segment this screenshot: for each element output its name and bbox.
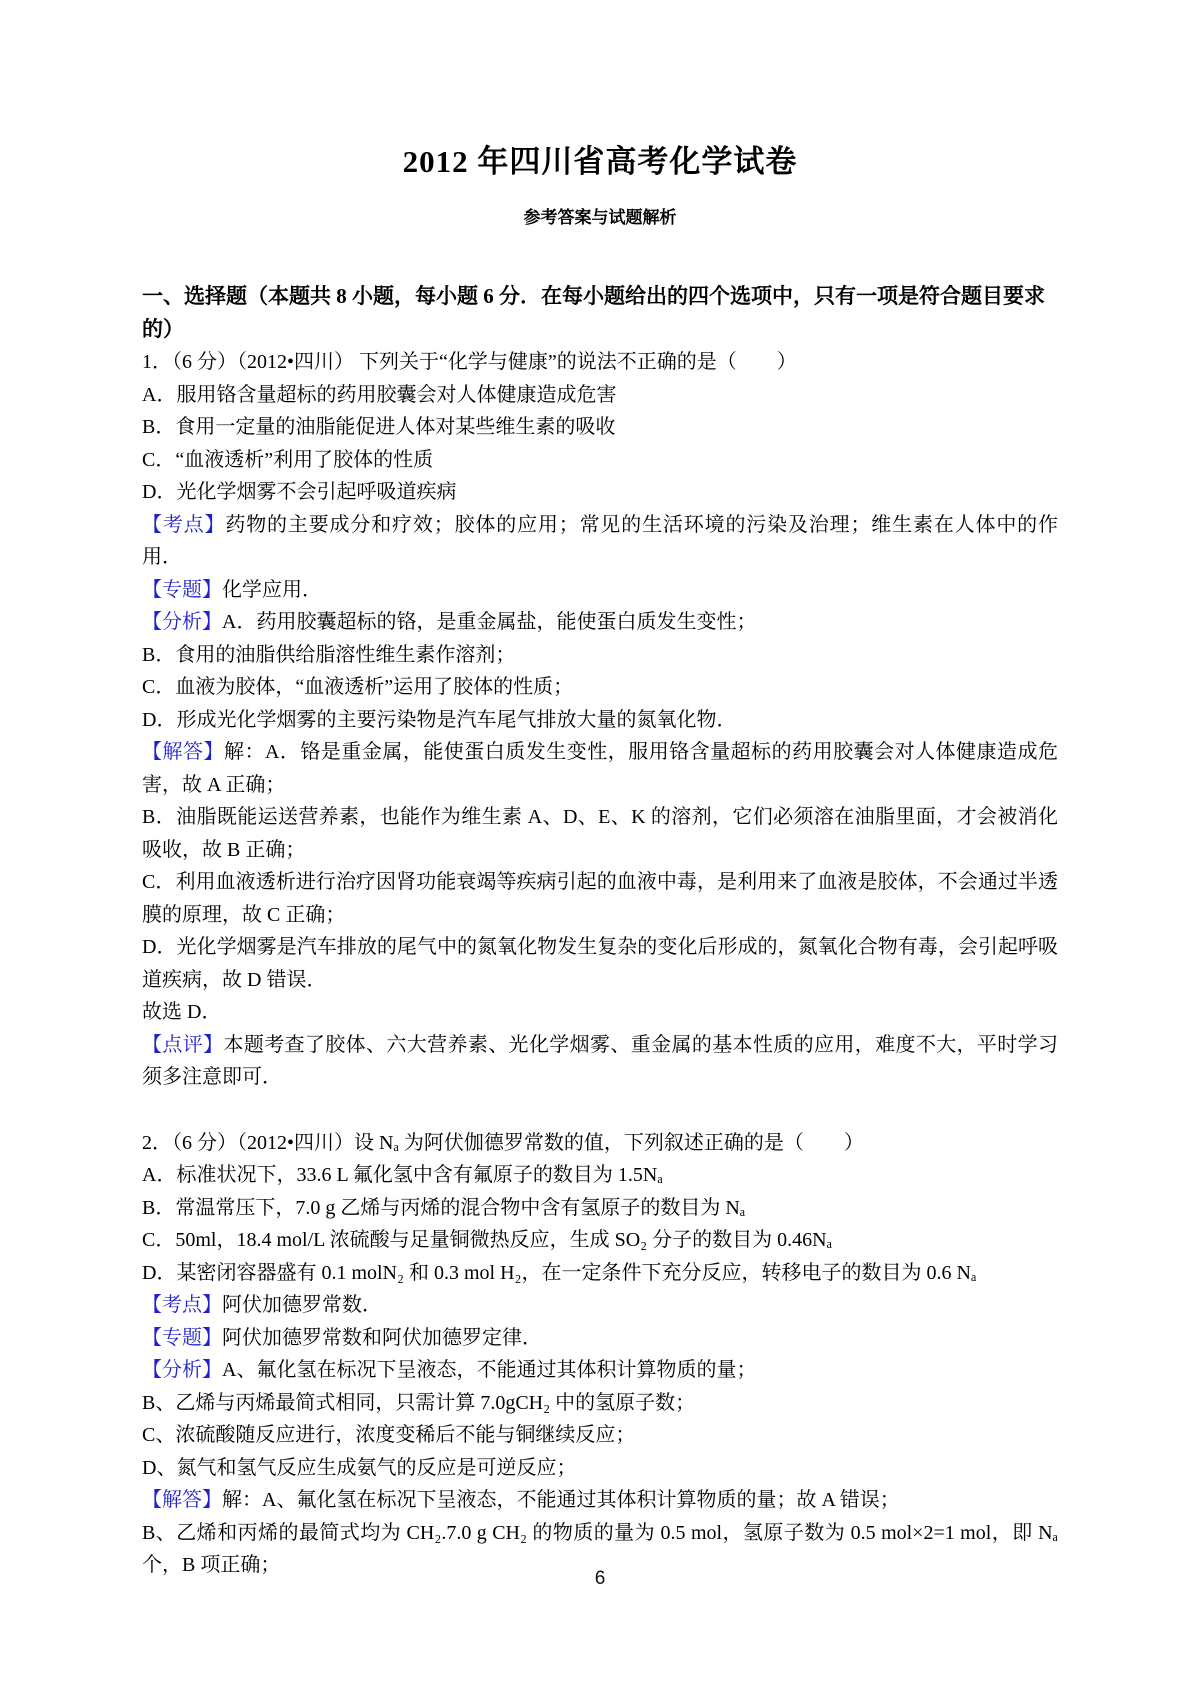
question-1-answer: 故选 D． (142, 996, 1058, 1029)
block-text: 阿伏加德罗常数． (222, 1294, 382, 1316)
exam-paper-page: 2012 年四川省高考化学试卷 参考答案与试题解析 一、选择题（本题共 8 小题… (0, 0, 1200, 1698)
question-2-option-b: B．常温常压下，7.0 g 乙烯与丙烯的混合物中含有氢原子的数目为 Nₐ (142, 1192, 1058, 1225)
question-1: 1．（6 分）（2012•四川） 下列关于“化学与健康”的说法不正确的是（ ） … (142, 346, 1058, 1094)
block-text: 化学应用． (222, 579, 322, 601)
block-text: C．利用血液透析进行治疗因肾功能衰竭等疾病引起的血液中毒，是利用来了血液是胶体，… (142, 871, 1058, 926)
block-text: D．光化学烟雾是汽车排放的尾气中的氮氧化物发生复杂的变化后形成的，氮氧化合物有毒… (142, 936, 1058, 991)
block-text: 解：A、氟化氢在标况下呈液态，不能通过其体积计算物质的量；故 A 错误； (222, 1489, 900, 1511)
block-text: B．油脂既能运送营养素，也能作为维生素 A、D、E、K 的溶剂，它们必须溶在油脂… (142, 806, 1058, 861)
block-text: D．形成光化学烟雾的主要污染物是汽车尾气排放大量的氮氧化物． (142, 709, 736, 731)
question-2-fenxi-block: 【分析】A、氟化氢在标况下呈液态，不能通过其体积计算物质的量； (142, 1354, 1058, 1387)
question-2-option-c: C．50ml，18.4 mol/L 浓硫酸与足量铜微热反应，生成 SO₂ 分子的… (142, 1224, 1058, 1257)
question-1-zhuanti-block: 【专题】化学应用． (142, 574, 1058, 607)
page-subtitle: 参考答案与试题解析 (142, 203, 1058, 228)
block-text: B、乙烯与丙烯最简式相同，只需计算 7.0gCH₂ 中的氢原子数； (142, 1392, 695, 1414)
zhuanti-tag: 【专题】 (142, 579, 222, 601)
question-2-kaodian-block: 【考点】阿伏加德罗常数． (142, 1289, 1058, 1322)
question-2-option-d: D．某密闭容器盛有 0.1 molN₂ 和 0.3 mol H₂，在一定条件下充… (142, 1257, 1058, 1290)
question-1-fenxi-block: 【分析】A．药用胶囊超标的铬，是重金属盐，能使蛋白质发生变性； (142, 606, 1058, 639)
question-2-jieda-block: 【解答】解：A、氟化氢在标况下呈液态，不能通过其体积计算物质的量；故 A 错误； (142, 1484, 1058, 1517)
question-2-fenxi-d: D、氮气和氢气反应生成氨气的反应是可逆反应； (142, 1452, 1058, 1485)
question-1-jieda-c: C．利用血液透析进行治疗因肾功能衰竭等疾病引起的血液中毒，是利用来了血液是胶体，… (142, 866, 1058, 931)
question-1-kaodian-block: 【考点】药物的主要成分和疗效；胶体的应用；常见的生活环境的污染及治理；维生素在人… (142, 509, 1058, 574)
question-1-jieda-block: 【解答】解：A．铬是重金属，能使蛋白质发生变性，服用铬含量超标的药用胶囊会对人体… (142, 736, 1058, 801)
question-2: 2．（6 分）（2012•四川）设 Nₐ 为阿伏伽德罗常数的值，下列叙述正确的是… (142, 1127, 1058, 1582)
question-2-option-a: A．标准状况下，33.6 L 氟化氢中含有氟原子的数目为 1.5Nₐ (142, 1159, 1058, 1192)
question-2-fenxi-c: C、浓硫酸随反应进行，浓度变稀后不能与铜继续反应； (142, 1419, 1058, 1452)
block-text: A、氟化氢在标况下呈液态，不能通过其体积计算物质的量； (222, 1359, 756, 1381)
page-number: 6 (0, 1568, 1200, 1590)
question-2-fenxi-b: B、乙烯与丙烯最简式相同，只需计算 7.0gCH₂ 中的氢原子数； (142, 1387, 1058, 1420)
question-1-fenxi-d: D．形成光化学烟雾的主要污染物是汽车尾气排放大量的氮氧化物． (142, 704, 1058, 737)
dianping-tag: 【点评】 (142, 1034, 223, 1056)
block-text: C、浓硫酸随反应进行，浓度变稀后不能与铜继续反应； (142, 1424, 635, 1446)
page-content: 2012 年四川省高考化学试卷 参考答案与试题解析 一、选择题（本题共 8 小题… (142, 136, 1058, 1582)
question-1-option-c: C．“血液透析”利用了胶体的性质 (142, 444, 1058, 477)
section-header: 一、选择题（本题共 8 小题，每小题 6 分．在每小题给出的四个选项中，只有一项… (142, 280, 1058, 346)
block-text: B．食用的油脂供给脂溶性维生素作溶剂； (142, 644, 515, 666)
block-text: C．血液为胶体，“血液透析”运用了胶体的性质； (142, 676, 573, 698)
question-1-option-a: A．服用铬含量超标的药用胶囊会对人体健康造成危害 (142, 379, 1058, 412)
question-1-fenxi-b: B．食用的油脂供给脂溶性维生素作溶剂； (142, 639, 1058, 672)
kaodian-tag: 【考点】 (142, 514, 225, 536)
question-1-fenxi-c: C．血液为胶体，“血液透析”运用了胶体的性质； (142, 671, 1058, 704)
block-text: 解：A．铬是重金属，能使蛋白质发生变性，服用铬含量超标的药用胶囊会对人体健康造成… (142, 741, 1058, 796)
question-1-dianping-block: 【点评】本题考查了胶体、六大营养素、光化学烟雾、重金属的基本性质的应用，难度不大… (142, 1029, 1058, 1094)
zhuanti-tag: 【专题】 (142, 1327, 222, 1349)
page-title: 2012 年四川省高考化学试卷 (142, 136, 1058, 181)
fenxi-tag: 【分析】 (142, 1359, 222, 1381)
block-text: D、氮气和氢气反应生成氨气的反应是可逆反应； (142, 1457, 576, 1479)
block-text: 故选 D． (142, 1001, 221, 1023)
question-1-option-d: D．光化学烟雾不会引起呼吸道疾病 (142, 476, 1058, 509)
fenxi-tag: 【分析】 (142, 611, 222, 633)
question-1-stem: 1．（6 分）（2012•四川） 下列关于“化学与健康”的说法不正确的是（ ） (142, 346, 1058, 379)
question-2-zhuanti-block: 【专题】阿伏加德罗常数和阿伏加德罗定律． (142, 1322, 1058, 1355)
kaodian-tag: 【考点】 (142, 1294, 222, 1316)
question-2-stem: 2．（6 分）（2012•四川）设 Nₐ 为阿伏伽德罗常数的值，下列叙述正确的是… (142, 1127, 1058, 1160)
block-text: A．药用胶囊超标的铬，是重金属盐，能使蛋白质发生变性； (222, 611, 756, 633)
block-text: 药物的主要成分和疗效；胶体的应用；常见的生活环境的污染及治理；维生素在人体中的作… (142, 514, 1058, 569)
question-1-jieda-b: B．油脂既能运送营养素，也能作为维生素 A、D、E、K 的溶剂，它们必须溶在油脂… (142, 801, 1058, 866)
jieda-tag: 【解答】 (142, 741, 224, 763)
block-text: 本题考查了胶体、六大营养素、光化学烟雾、重金属的基本性质的应用，难度不大，平时学… (142, 1034, 1058, 1089)
question-1-option-b: B．食用一定量的油脂能促进人体对某些维生素的吸收 (142, 411, 1058, 444)
jieda-tag: 【解答】 (142, 1489, 222, 1511)
block-text: 阿伏加德罗常数和阿伏加德罗定律． (222, 1327, 542, 1349)
question-1-jieda-d: D．光化学烟雾是汽车排放的尾气中的氮氧化物发生复杂的变化后形成的，氮氧化合物有毒… (142, 931, 1058, 996)
